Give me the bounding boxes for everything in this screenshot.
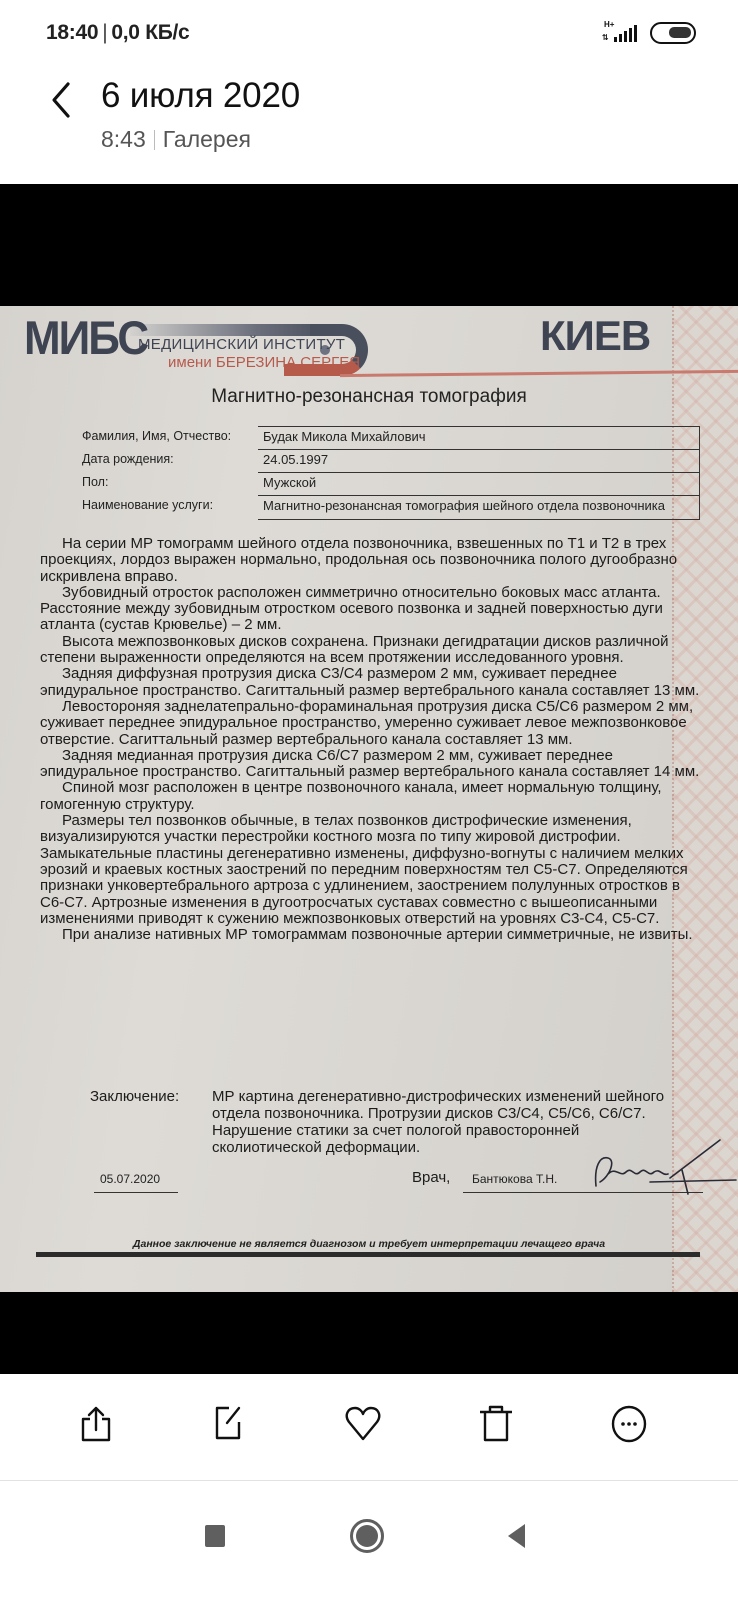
system-nav-bar: [0, 1481, 738, 1600]
more-button[interactable]: [599, 1394, 659, 1454]
subtitle-divider: [154, 130, 155, 150]
logo-line2: имени БЕРЕЗИНА СЕРГЕЯ: [168, 354, 360, 371]
logo-abbr: МИБС: [24, 312, 147, 366]
field-row: Фамилия, Имя, Отчество: Будак Микола Мих…: [80, 426, 700, 449]
report-paragraph: На серии МР томограмм шейного отдела поз…: [40, 536, 700, 585]
doctor-label: Врач,: [412, 1169, 450, 1186]
edit-icon: [213, 1405, 247, 1443]
network-type: H+: [604, 20, 614, 29]
status-left: 18:40|0,0 КБ/с: [46, 21, 189, 45]
field-label: Фамилия, Имя, Отчество:: [82, 429, 231, 443]
footer-bar: [36, 1252, 700, 1257]
field-value: Будак Микола Михайлович: [263, 429, 426, 444]
conclusion-label: Заключение:: [90, 1088, 179, 1105]
recents-button[interactable]: [190, 1511, 240, 1561]
field-row: Наименование услуги: Магнитно-резонансна…: [80, 495, 700, 518]
field-row: Пол: Мужской: [80, 472, 700, 495]
report-paragraph: Размеры тел позвонков обычные, в телах п…: [40, 813, 700, 927]
home-button[interactable]: [342, 1511, 392, 1561]
page-subtitle: 8:43Галерея: [101, 126, 251, 153]
back-nav-button[interactable]: [492, 1511, 542, 1561]
disclaimer: Данное заключение не является диагнозом …: [0, 1238, 738, 1250]
status-icons: H+ ⇅: [602, 22, 696, 44]
square-icon: [203, 1524, 227, 1548]
more-icon: [610, 1405, 648, 1443]
status-bar: 18:40|0,0 КБ/с H+ ⇅: [0, 0, 738, 70]
report-paragraph: При анализе нативных МР томограммам позв…: [40, 927, 700, 943]
share-icon: [79, 1405, 113, 1443]
report-paragraph: Левостороняя заднелатепрально-фораминаль…: [40, 699, 700, 748]
battery-icon: [650, 22, 696, 44]
document-photo: МИБС МЕДИЦИНСКИЙ ИНСТИТУТ имени БЕРЕЗИНА…: [0, 306, 738, 1292]
patient-fields: Фамилия, Имя, Отчество: Будак Микола Мих…: [80, 426, 700, 518]
edit-button[interactable]: [200, 1394, 260, 1454]
share-button[interactable]: [66, 1394, 126, 1454]
city-label: КИЕВ: [540, 312, 650, 360]
report-date: 05.07.2020: [100, 1172, 160, 1186]
report-paragraph: Спиной мозг расположен в центре позвоноч…: [40, 780, 700, 813]
report-body: На серии МР томограмм шейного отдела поз…: [40, 536, 700, 943]
document-title: Магнитно-резонансная томография: [0, 386, 738, 408]
doctor-name: Бантюкова Т.Н.: [472, 1172, 557, 1186]
field-value: 24.05.1997: [263, 452, 328, 467]
trash-icon: [478, 1405, 514, 1443]
photo-source: Галерея: [163, 126, 251, 152]
chevron-left-icon: [44, 78, 80, 122]
triangle-back-icon: [505, 1522, 529, 1550]
field-label: Пол:: [82, 475, 108, 489]
delete-button[interactable]: [466, 1394, 526, 1454]
header: 6 июля 2020 8:43Галерея: [0, 70, 738, 184]
signature-icon: [590, 1136, 738, 1196]
photo-viewer[interactable]: МИБС МЕДИЦИНСКИЙ ИНСТИТУТ имени БЕРЕЗИНА…: [0, 184, 738, 1374]
status-separator: |: [102, 21, 107, 44]
field-label: Дата рождения:: [82, 452, 174, 466]
network-speed: 0,0 КБ/с: [111, 21, 189, 44]
page-title: 6 июля 2020: [101, 76, 300, 116]
report-paragraph: Зубовидный отросток расположен симметрич…: [40, 585, 700, 634]
action-bar: [0, 1374, 738, 1480]
heart-icon: [344, 1406, 382, 1442]
logo-line1: МЕДИЦИНСКИЙ ИНСТИТУТ: [138, 336, 345, 353]
field-label: Наименование услуги:: [82, 498, 213, 512]
report-paragraph: Задняя диффузная протрузия диска С3/С4 р…: [40, 666, 700, 699]
photo-time: 8:43: [101, 126, 146, 152]
circle-icon: [349, 1518, 385, 1554]
data-arrows-icon: ⇅: [602, 33, 609, 42]
field-value: Магнитно-резонансная томография шейного …: [263, 498, 665, 513]
back-button[interactable]: [44, 78, 80, 122]
field-value: Мужской: [263, 475, 316, 490]
report-paragraph: Высота межпозвонковых дисков сохранена. …: [40, 634, 700, 667]
favorite-button[interactable]: [333, 1394, 393, 1454]
clock: 18:40: [46, 21, 98, 44]
signal-icon: H+ ⇅: [602, 22, 640, 44]
report-paragraph: Задняя медианная протрузия диска С6/С7 р…: [40, 748, 700, 781]
field-row: Дата рождения: 24.05.1997: [80, 449, 700, 472]
